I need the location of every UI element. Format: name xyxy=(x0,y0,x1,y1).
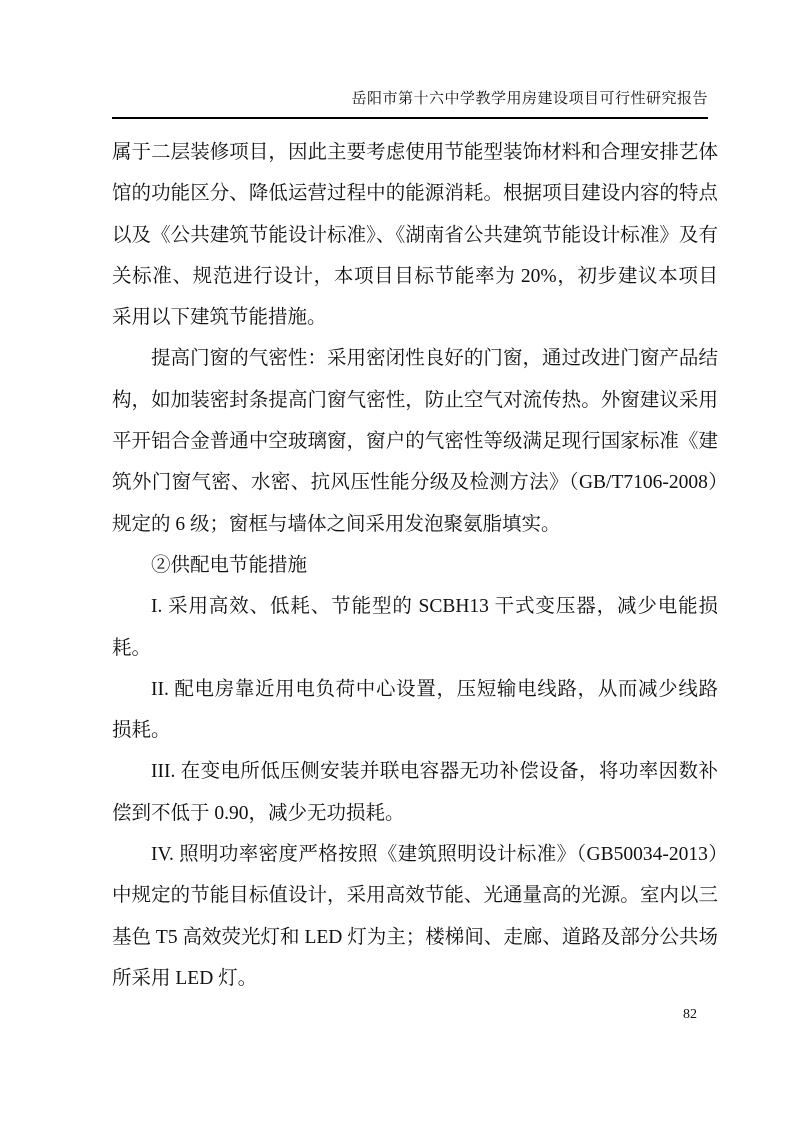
paragraph-measure-1: I. 采用高效、低耗、节能型的 SCBH13 干式变压器，减少电能损耗。 xyxy=(112,586,718,669)
document-body: 属于二层装修项目，因此主要考虑使用节能型装饰材料和合理安排艺体馆的功能区分、降低… xyxy=(112,132,718,999)
paragraph-power-supply-heading: ②供配电节能措施 xyxy=(112,545,718,586)
page-number: 82 xyxy=(683,1006,697,1024)
page-header: 岳阳市第十六中学教学用房建设项目可行性研究报告 xyxy=(112,90,708,119)
document-page: 岳阳市第十六中学教学用房建设项目可行性研究报告 属于二层装修项目，因此主要考虑使… xyxy=(0,0,793,1122)
header-title: 岳阳市第十六中学教学用房建设项目可行性研究报告 xyxy=(351,91,708,107)
paragraph-door-window-airtightness: 提高门窗的气密性：采用密闭性良好的门窗，通过改进门窗产品结构，如加装密封条提高门… xyxy=(112,338,718,544)
paragraph-measure-2: II. 配电房靠近用电负荷中心设置，压短输电线路，从而减少线路损耗。 xyxy=(112,669,718,752)
paragraph-continuation: 属于二层装修项目，因此主要考虑使用节能型装饰材料和合理安排艺体馆的功能区分、降低… xyxy=(112,132,718,338)
paragraph-measure-4: IV. 照明功率密度严格按照《建筑照明设计标准》（GB50034-2013）中规… xyxy=(112,834,718,999)
paragraph-measure-3: III. 在变电所低压侧安装并联电容器无功补偿设备，将功率因数补偿到不低于 0.… xyxy=(112,751,718,834)
